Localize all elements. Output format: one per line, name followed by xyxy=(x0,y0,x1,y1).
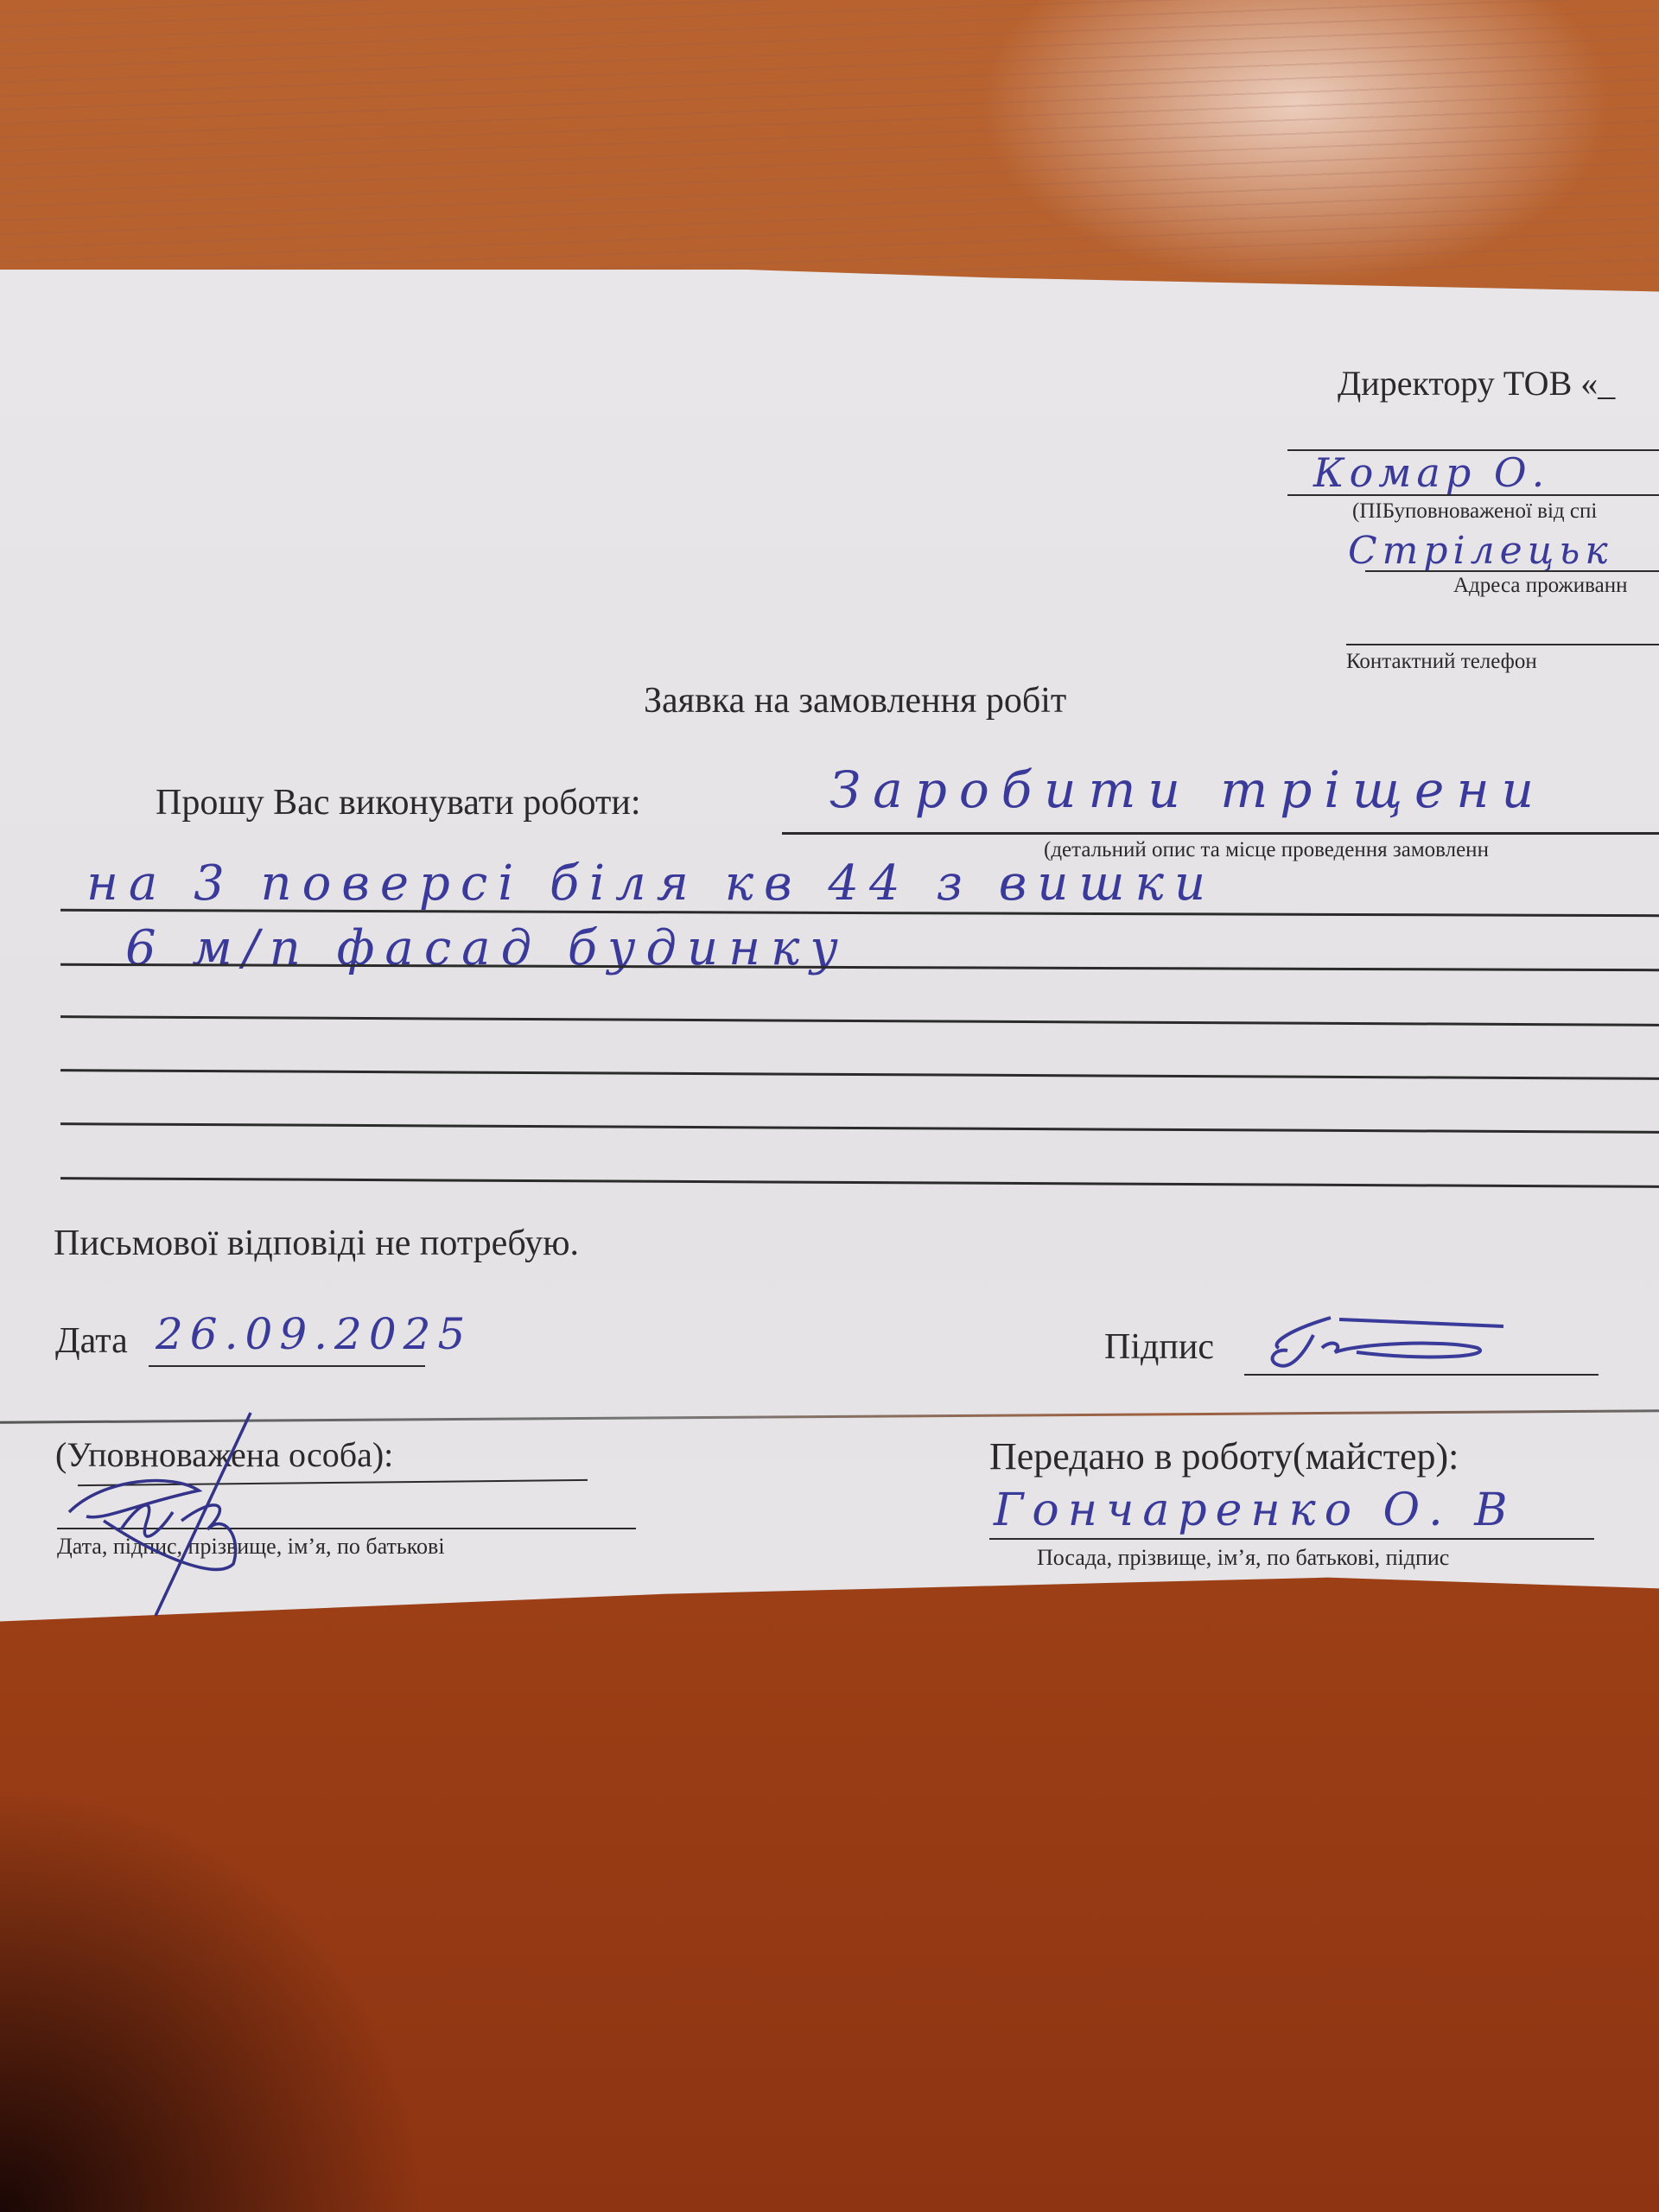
wood-grain-glare xyxy=(0,0,1659,276)
address-field[interactable]: Стрілецьк xyxy=(1348,529,1613,573)
no-reply-text: Письмової відповіді не потребую. xyxy=(54,1223,579,1264)
master-caption: Посада, прізвище, ім’я, по батькові, під… xyxy=(1037,1545,1449,1571)
phone-line xyxy=(1346,644,1659,645)
signature-line xyxy=(1244,1374,1599,1376)
requester-name-line xyxy=(1287,494,1659,496)
handed-label: Передано в роботу(майстер): xyxy=(989,1434,1459,1478)
requester-name-caption: (ПІБуповноваженої від спі xyxy=(1352,499,1597,524)
master-name-field[interactable]: Гончаренко О. В xyxy=(994,1484,1516,1536)
authorized-signature[interactable] xyxy=(52,1408,346,1624)
request-label: Прошу Вас виконувати роботи: xyxy=(156,782,641,823)
request-line-1[interactable]: Заробити тріщени xyxy=(829,760,1546,819)
date-field[interactable]: 26.09.2025 xyxy=(156,1309,472,1359)
master-line xyxy=(989,1538,1594,1540)
date-label: Дата xyxy=(55,1320,128,1362)
applicant-signature[interactable] xyxy=(1253,1309,1512,1378)
form-title: Заявка на замовлення робіт xyxy=(644,680,1066,721)
requester-name-field[interactable]: Комар О. xyxy=(1313,449,1549,496)
phone-caption: Контактний телефон xyxy=(1346,650,1537,674)
request-first-line xyxy=(782,832,1659,835)
signature-label: Підпис xyxy=(1104,1326,1214,1368)
date-line xyxy=(149,1365,425,1367)
addressee: Директору ТОВ «_ xyxy=(1338,363,1615,404)
address-line xyxy=(1365,570,1659,572)
address-caption: Адреса проживанн xyxy=(1453,574,1627,598)
request-line-2[interactable]: на 3 поверсі біля кв 44 з вишки xyxy=(86,855,1216,912)
